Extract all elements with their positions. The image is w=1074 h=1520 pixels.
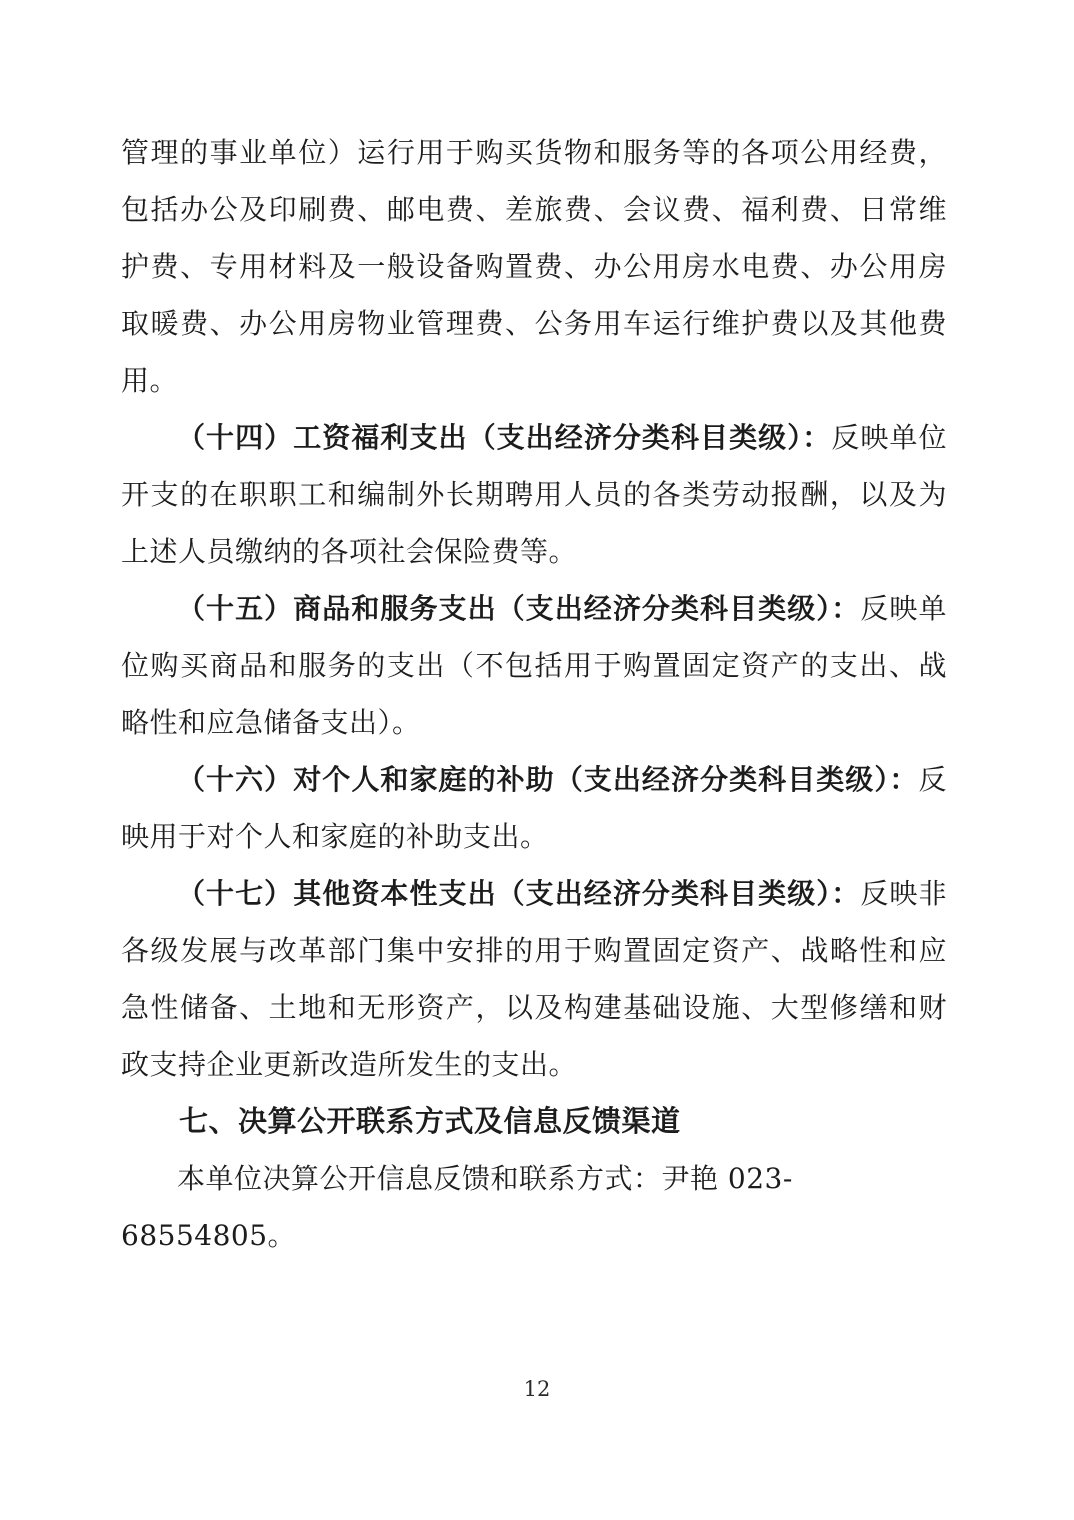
bold-lead-text: （十六）对个人和家庭的补助（支出经济分类科目类级）： xyxy=(177,763,918,796)
text-line: 七、决算公开联系方式及信息反馈渠道 xyxy=(121,1093,947,1150)
page-number: 12 xyxy=(0,1374,1074,1404)
bold-lead-text: （十五）商品和服务支出（支出经济分类科目类级）： xyxy=(177,592,860,625)
body-text: 管理的事业单位）运行用于购买货物和服务等的各项公用经费， xyxy=(121,136,947,169)
text-line: 政支持企业更新改造所发生的支出。 xyxy=(121,1036,947,1093)
text-line: 本单位决算公开信息反馈和联系方式：尹艳 023-68554805。 xyxy=(121,1150,947,1207)
body-text: 政支持企业更新改造所发生的支出。 xyxy=(121,1048,577,1081)
para-15-goods-services-expenditure: （十五）商品和服务支出（支出经济分类科目类级）：反映单位购买商品和服务的支出（不… xyxy=(121,580,947,751)
document-page: 管理的事业单位）运行用于购买货物和服务等的各项公用经费，包括办公及印刷费、邮电费… xyxy=(0,0,1074,1520)
text-line: 急性储备、土地和无形资产，以及构建基础设施、大型修缮和财 xyxy=(121,979,947,1036)
bold-lead-text: 七、决算公开联系方式及信息反馈渠道 xyxy=(179,1104,681,1138)
para-17-other-capital-expenditure: （十七）其他资本性支出（支出经济分类科目类级）：反映非各级发展与改革部门集中安排… xyxy=(121,865,947,1093)
para-contact-info: 本单位决算公开信息反馈和联系方式：尹艳 023-68554805。 xyxy=(121,1150,947,1207)
document-body: 管理的事业单位）运行用于购买货物和服务等的各项公用经费，包括办公及印刷费、邮电费… xyxy=(121,124,947,1207)
body-text: 本单位决算公开信息反馈和联系方式：尹艳 023-68554805。 xyxy=(121,1162,793,1252)
heading-contact-feedback-channel: 七、决算公开联系方式及信息反馈渠道 xyxy=(121,1093,947,1150)
body-text: 急性储备、土地和无形资产，以及构建基础设施、大型修缮和财 xyxy=(121,991,947,1024)
text-line: （十六）对个人和家庭的补助（支出经济分类科目类级）：反 xyxy=(121,751,947,808)
body-text: 略性和应急储备支出）。 xyxy=(121,706,421,739)
paragraphs: 管理的事业单位）运行用于购买货物和服务等的各项公用经费，包括办公及印刷费、邮电费… xyxy=(121,124,947,1207)
body-text: 反映非 xyxy=(860,877,947,910)
text-line: 位购买商品和服务的支出（不包括用于购置固定资产的支出、战 xyxy=(121,637,947,694)
text-line: 包括办公及印刷费、邮电费、差旅费、会议费、福利费、日常维 xyxy=(121,181,947,238)
body-text: 护费、专用材料及一般设备购置费、办公用房水电费、办公用房 xyxy=(121,250,947,283)
text-line: （十五）商品和服务支出（支出经济分类科目类级）：反映单 xyxy=(121,580,947,637)
bold-lead-text: （十四）工资福利支出（支出经济分类科目类级）： xyxy=(177,421,831,454)
text-line: 映用于对个人和家庭的补助支出。 xyxy=(121,808,947,865)
para-16-individual-family-subsidy: （十六）对个人和家庭的补助（支出经济分类科目类级）：反映用于对个人和家庭的补助支… xyxy=(121,751,947,865)
body-text: 取暖费、办公用房物业管理费、公务用车运行维护费以及其他费 xyxy=(121,307,947,340)
body-text: 反映单 xyxy=(860,592,947,625)
text-line: （十七）其他资本性支出（支出经济分类科目类级）：反映非 xyxy=(121,865,947,922)
para-14-wage-welfare-expenditure: （十四）工资福利支出（支出经济分类科目类级）：反映单位开支的在职职工和编制外长期… xyxy=(121,409,947,580)
para-operating-expenses-continued: 管理的事业单位）运行用于购买货物和服务等的各项公用经费，包括办公及印刷费、邮电费… xyxy=(121,124,947,409)
bold-lead-text: （十七）其他资本性支出（支出经济分类科目类级）： xyxy=(177,877,860,910)
body-text: 包括办公及印刷费、邮电费、差旅费、会议费、福利费、日常维 xyxy=(121,193,947,226)
text-line: （十四）工资福利支出（支出经济分类科目类级）：反映单位 xyxy=(121,409,947,466)
body-text: 映用于对个人和家庭的补助支出。 xyxy=(121,820,549,853)
text-line: 各级发展与改革部门集中安排的用于购置固定资产、战略性和应 xyxy=(121,922,947,979)
body-text: 反 xyxy=(918,763,947,796)
body-text: 上述人员缴纳的各项社会保险费等。 xyxy=(121,535,577,568)
text-line: 开支的在职职工和编制外长期聘用人员的各类劳动报酬，以及为 xyxy=(121,466,947,523)
text-line: 取暖费、办公用房物业管理费、公务用车运行维护费以及其他费 xyxy=(121,295,947,352)
text-line: 用。 xyxy=(121,352,947,409)
text-line: 管理的事业单位）运行用于购买货物和服务等的各项公用经费， xyxy=(121,124,947,181)
text-line: 上述人员缴纳的各项社会保险费等。 xyxy=(121,523,947,580)
text-line: 略性和应急储备支出）。 xyxy=(121,694,947,751)
body-text: 用。 xyxy=(121,364,178,397)
body-text: 各级发展与改革部门集中安排的用于购置固定资产、战略性和应 xyxy=(121,934,947,967)
body-text: 开支的在职职工和编制外长期聘用人员的各类劳动报酬，以及为 xyxy=(121,478,947,511)
text-line: 护费、专用材料及一般设备购置费、办公用房水电费、办公用房 xyxy=(121,238,947,295)
body-text: 位购买商品和服务的支出（不包括用于购置固定资产的支出、战 xyxy=(121,649,947,682)
body-text: 反映单位 xyxy=(831,421,947,454)
